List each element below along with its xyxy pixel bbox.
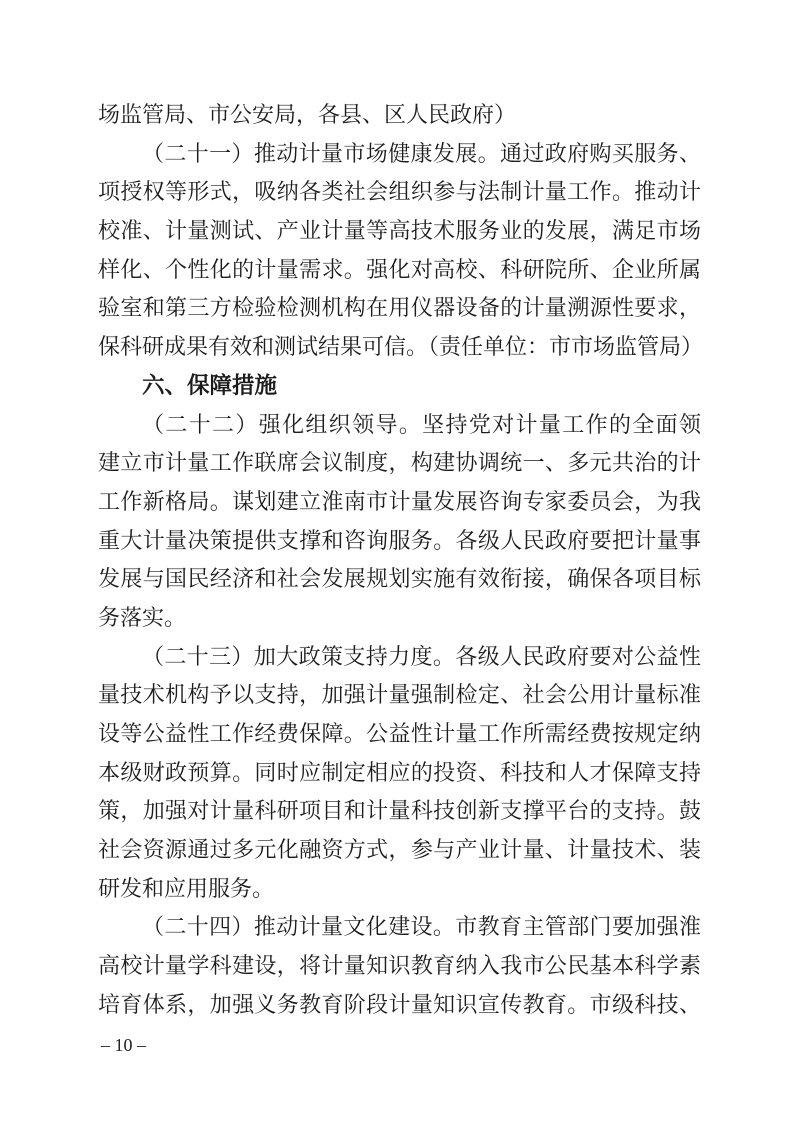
text-line: 量技术机构予以支持，加强计量强制检定、社会公用计量标准建 — [98, 676, 701, 715]
text-line: 重大计量决策提供支撑和咨询服务。各级人民政府要把计量事业 — [98, 522, 701, 561]
text-line: 保科研成果有效和测试结果可信。（责任单位：市市场监管局） — [98, 328, 701, 367]
text-line: 高校计量学科建设，将计量知识教育纳入我市公民基本科学素质 — [98, 947, 701, 986]
text-line: （二十三）加大政策支持力度。各级人民政府要对公益性计 — [98, 638, 701, 677]
text-line: 社会资源通过多元化融资方式，参与产业计量、计量技术、装备 — [98, 831, 701, 870]
text-line: （二十四）推动计量文化建设。市教育主管部门要加强淮南 — [98, 908, 701, 947]
text-line: 发展与国民经济和社会发展规划实施有效衔接，确保各项目标任 — [98, 560, 701, 599]
text-line: 验室和第三方检验检测机构在用仪器设备的计量溯源性要求，确 — [98, 289, 701, 328]
text-line: 校准、计量测试、产业计量等高技术服务业的发展，满足市场多 — [98, 212, 701, 251]
text-line: 策，加强对计量科研项目和计量科技创新支撑平台的支持。鼓励 — [98, 792, 701, 831]
text-line: 设等公益性工作经费保障。公益性计量工作所需经费按规定纳入 — [98, 715, 701, 754]
text-line: 本级财政预算。同时应制定相应的投资、科技和人才保障支持政 — [98, 754, 701, 793]
text-line: 务落实。 — [98, 599, 701, 638]
text-line: 工作新格局。谋划建立淮南市计量发展咨询专家委员会，为我市 — [98, 483, 701, 522]
text-line: （二十一）推动计量市场健康发展。通过政府购买服务、专 — [98, 135, 701, 174]
document-page: 场监管局、市公安局，各县、区人民政府）（二十一）推动计量市场健康发展。通过政府购… — [0, 0, 793, 1122]
text-line: （二十二）强化组织领导。坚持党对计量工作的全面领导， — [98, 406, 701, 445]
text-line: 培育体系，加强义务教育阶段计量知识宣传教育。市级科技、文 — [98, 986, 701, 1025]
page-number: – 10 – — [101, 1033, 146, 1057]
text-line: 项授权等形式，吸纳各类社会组织参与法制计量工作。推动计量 — [98, 173, 701, 212]
section-heading: 六、保障措施 — [98, 367, 701, 406]
text-line: 研发和应用服务。 — [98, 870, 701, 909]
text-line: 建立市计量工作联席会议制度，构建协调统一、多元共治的计量 — [98, 444, 701, 483]
document-body: 场监管局、市公安局，各县、区人民政府）（二十一）推动计量市场健康发展。通过政府购… — [98, 96, 701, 1025]
text-line: 样化、个性化的计量需求。强化对高校、科研院所、企业所属实 — [98, 251, 701, 290]
text-line: 场监管局、市公安局，各县、区人民政府） — [98, 96, 701, 135]
